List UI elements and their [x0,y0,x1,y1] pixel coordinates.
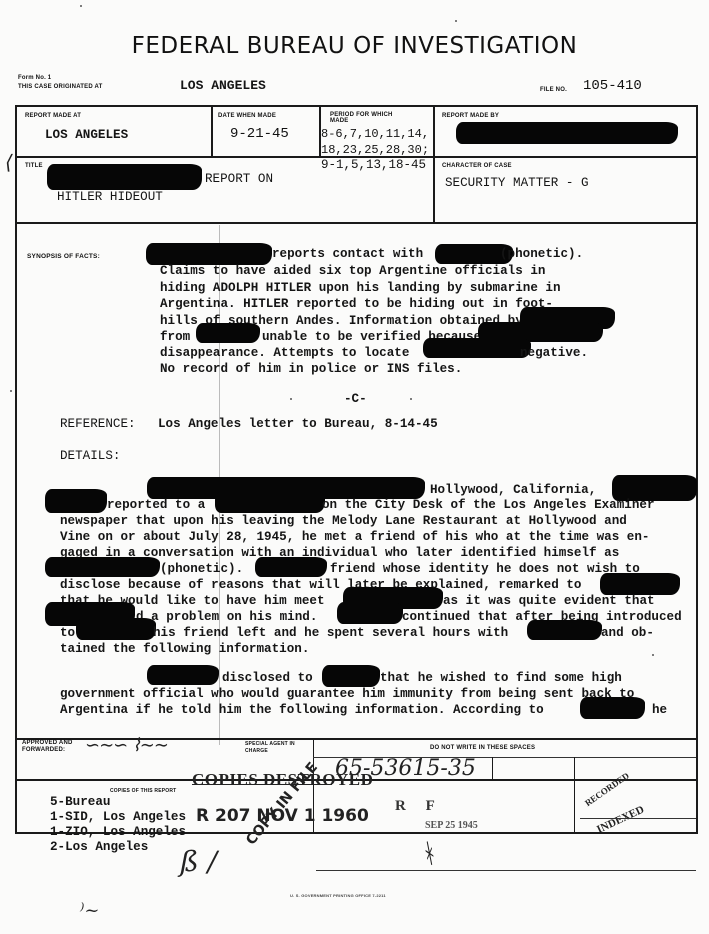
footer-line-4 [316,870,696,871]
details-redaction-3 [45,489,107,513]
title-redaction [47,164,202,190]
handwritten-mark: ᚼ [414,838,441,872]
synopsis-redaction-6 [423,338,531,358]
form-right-border [696,105,698,833]
margin-scribble: ⁾~ [80,900,100,921]
row-divider-2 [15,222,698,224]
period-line-2: 18,23,25,28,30; [321,143,429,157]
details-p2-line-1a: disclosed to [222,671,313,685]
synopsis-line-2: Claims to have aided six top Argentine o… [160,264,545,278]
received-date-stamp: SEP 25 1945 [425,820,478,831]
reference-value: Los Angeles letter to Bureau, 8-14-45 [158,417,438,431]
synopsis-separator: -C- [344,392,367,406]
synopsis-line-4: Argentina. HITLER reported to be hiding … [160,297,553,311]
received-stamp: R F [395,798,443,815]
file-no-value: 105-410 [583,78,642,94]
details-p1-line-3: newspaper that upon his leaving the Melo… [60,514,627,528]
details-p2-line-3b: he [652,703,667,717]
details-redaction-7 [600,573,680,595]
speck [455,20,457,22]
details-p1-line-10b: his friend left and he spent several hou… [153,626,508,640]
originated-value: LOS ANGELES [180,78,266,93]
title-line1-suffix: REPORT ON [205,172,273,186]
synopsis-label: Synopsis of Facts: [27,253,100,260]
period-label: Period for which made [330,112,400,124]
copy-line-4: 2-Los Angeles [50,840,148,854]
form-left-border [15,105,17,833]
details-p1-line-2b: on the City Desk of the Los Angeles Exam… [322,498,655,512]
details-p1-line-7: disclose because of reasons that will la… [60,578,581,592]
handwritten-initials: ß ∕ [180,845,217,878]
gpo-line: U. S. GOVERNMENT PRINTING OFFICE 7-2211 [290,893,386,898]
details-p2-line-2: government official who would guarantee … [60,687,634,701]
character-of-case-value: SECURITY MATTER - G [445,176,589,190]
report-made-at-label: Report made at [25,113,81,119]
speck [80,5,82,7]
details-p1-line-1: Hollywood, California, [430,483,596,497]
copies-destroyed-stamp: COPIES DESTROYED [192,770,373,790]
report-made-at-value: LOS ANGELES [45,128,128,142]
details-p1-line-4: Vine on or about July 28, 1945, he met a… [60,530,649,544]
details-redaction-13 [147,665,219,685]
synopsis-redaction-4 [196,323,260,343]
report-made-by-label: Report made by [442,113,499,119]
details-p1-line-10c: and ob- [601,626,654,640]
character-of-case-label: Character of case [442,163,512,169]
synopsis-line-1b: (phonetic). [500,247,583,261]
details-redaction-4 [215,491,325,513]
synopsis-line-8: No record of him in police or INS files. [160,362,462,376]
synopsis-line-3: hiding ADOLPH HITLER upon his landing by… [160,281,561,295]
special-agent-label: Special agent in charge [245,741,305,755]
synopsis-line-7b: negative. [520,346,588,360]
approved-label: Approved and forwarded: [22,740,86,754]
reference-label: REFERENCE: [60,417,136,431]
do-not-write-label: Do not write in these spaces [430,745,535,751]
details-redaction-10 [337,602,403,624]
col-divider-3 [433,105,435,223]
details-redaction-5 [45,557,160,577]
speck [290,398,292,400]
copy-line-2: 1-SID, Los Angeles [50,810,186,824]
date-when-made-value: 9-21-45 [230,126,289,142]
footer-divider-2 [492,757,493,779]
copies-destroyed-strike [192,784,332,785]
details-p1-line-6a: (phonetic). [160,562,243,576]
form-no-label: Form No. 1 [18,75,51,81]
file-no-label: File No. [540,87,567,93]
details-p1-line-8b: as it was quite evident that [443,594,655,608]
footer-divider-3 [574,757,575,832]
copy-line-1: 5-Bureau [50,795,110,809]
col-divider-1 [211,105,213,157]
details-p1-line-2a: reported to a [107,498,205,512]
form-top-border [15,105,698,107]
speck [10,390,12,392]
period-line-3: 9-1,5,13,18-45 [321,158,426,172]
report-made-by-redaction [456,122,678,144]
speck [410,398,412,400]
title-line2: HITLER HIDEOUT [57,190,163,204]
speck [652,654,654,656]
details-p1-line-11: tained the following information. [60,642,309,656]
period-line-1: 8-6,7,10,11,14, [321,127,429,141]
details-p2-line-1b: that he wished to find some high [380,671,622,685]
details-redaction-6 [255,557,327,577]
details-redaction-15 [580,697,645,719]
date-when-made-label: Date when made [218,113,276,119]
fbi-report-page: FEDERAL BUREAU OF INVESTIGATION Form No.… [0,0,709,934]
synopsis-line-6a: from [160,330,190,344]
details-p2-line-3: Argentina if he told him the following i… [60,703,544,717]
footer-line-5 [580,818,696,819]
details-p1-line-9a: d a problem on his mind. [136,610,317,624]
details-p1-line-10a: to [60,626,75,640]
agency-title: FEDERAL BUREAU OF INVESTIGATION [0,33,709,59]
approved-signature: ∽∼∽ ⌇∼∼ [85,735,168,756]
synopsis-redaction-1 [146,243,272,265]
synopsis-line-1a: reports contact with [272,247,423,261]
details-redaction-12 [527,620,602,640]
details-redaction-11 [76,618,156,640]
recorded-stamp: RECORDED [583,770,631,808]
margin-check-mark: ⟨ [5,150,13,174]
details-p1-line-6b: friend whose identity he does not wish t… [330,562,640,576]
copy-line-3: 1-ZIO, Los Angeles [50,825,186,839]
details-redaction-14 [322,665,380,687]
copies-label: Copies of this report [110,788,176,794]
details-label: DETAILS: [60,449,120,463]
synopsis-line-7a: disappearance. Attempts to locate [160,346,409,360]
title-label: Title [25,163,43,169]
originated-label: This case originated at [18,84,103,90]
